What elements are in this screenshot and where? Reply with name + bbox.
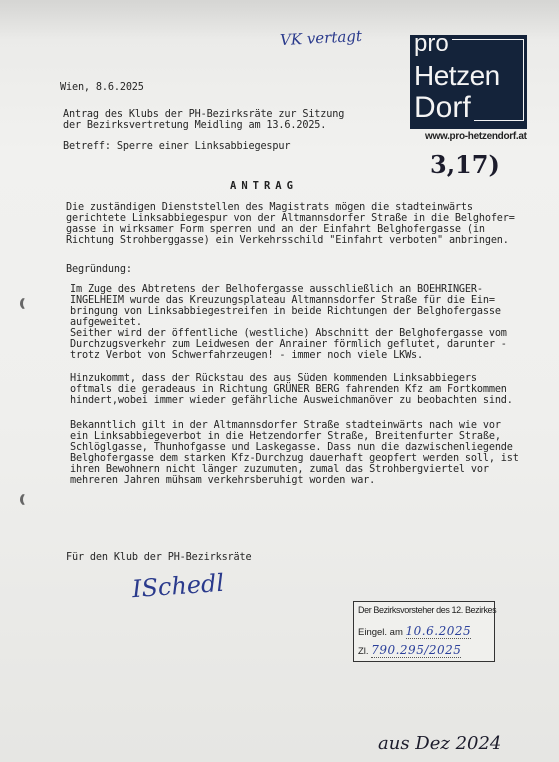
handwritten-item-number: 3,17) — [430, 150, 500, 179]
logo-line-hetzen: Hetzen — [414, 62, 500, 90]
handwritten-note-bottom: aus Dez 2024 — [378, 733, 501, 754]
pro-hetzendorf-logo: pro Hetzen Dorf — [410, 35, 527, 129]
paragraph-line: hindert,wobei immer wieder gefährliche A… — [70, 395, 513, 406]
handwritten-note-top: VK vertagt — [280, 27, 363, 49]
stamp-heading: Der Bezirksvorsteher des 12. Bezirkes — [358, 605, 490, 615]
intro-line: Antrag des Klubs der PH-Bezirksräte zur … — [63, 109, 344, 120]
paragraph-line: aufgeweitet. — [70, 317, 142, 328]
paragraph-line: Seither wird der öffentliche (westliche)… — [70, 328, 507, 339]
paragraph-line: ihren Bewohnern nicht länger zuzumuten, … — [70, 464, 489, 475]
subject-line: Betreff: Sperre einer Linksabbiegespur — [63, 141, 290, 152]
closing-line: Für den Klub der PH-Bezirksräte — [66, 552, 252, 563]
paragraph-line: INGELHEIM wurde das Kreuzungsplateau Alt… — [70, 295, 495, 306]
motion-line: gasse in wirksamer Form sperren und an d… — [66, 224, 485, 235]
paragraph-line: Belghofergasse dem starken Kfz-Durchzug … — [70, 453, 519, 464]
stamp-received-label: Eingel. am — [358, 627, 403, 638]
document-title: ANTRAG — [230, 180, 298, 192]
motion-line: Richtung Strohberggasse) ein Verkehrssch… — [66, 235, 509, 246]
paragraph-line: Hinzukommt, dass der Rückstau des aus Sü… — [70, 373, 477, 384]
scanned-letter-page: VK vertagt pro Hetzen Dorf www.pro-hetze… — [0, 0, 559, 762]
stamp-received-value: 10.6.2025 — [406, 624, 472, 639]
place-date: Wien, 8.6.2025 — [60, 82, 144, 93]
reasoning-heading: Begründung: — [66, 264, 132, 275]
signature: ISchedl — [131, 569, 225, 603]
logo-url: www.pro-hetzendorf.at — [425, 131, 527, 142]
stamp-received-row: Eingel. am 10.6.2025 — [358, 624, 490, 639]
paragraph-line: Durchzugsverkehr zum Leidwesen der Anrai… — [70, 339, 507, 350]
paragraph-line: ein Linksabbiegeverbot in die Hetzendorf… — [70, 431, 501, 442]
paragraph-line: bringung von Linksabbiegestreifen in bei… — [70, 306, 501, 317]
paragraph-line: oftmals die geradeaus in Richtung GRÜNER… — [70, 384, 507, 395]
stamp-ref-row: Zl. 790.295/2025 — [358, 643, 490, 658]
paragraph-line: Schlöglgasse, Thunhofgasse und Laskegass… — [70, 442, 513, 453]
received-stamp: Der Bezirksvorsteher des 12. Bezirkes Ei… — [353, 601, 495, 662]
punch-hole-icon — [20, 493, 33, 506]
punch-hole-icon — [20, 297, 33, 310]
stamp-ref-value: 790.295/2025 — [371, 643, 461, 658]
stamp-ref-label: Zl. — [358, 646, 369, 657]
paragraph-line: Bekanntlich gilt in der Altmannsdorfer S… — [70, 420, 501, 431]
logo-line-dorf: Dorf — [414, 93, 474, 123]
motion-line: Die zuständigen Dienststellen des Magist… — [66, 202, 473, 213]
paragraph-line: Im Zuge des Abtretens der Belhofergasse … — [70, 284, 483, 295]
intro-line: der Bezirksvertretung Meidling am 13.6.2… — [63, 120, 326, 131]
logo-line-pro: pro — [414, 35, 452, 56]
paragraph-line: mehreren Jahren mühsam verkehrsberuhigt … — [70, 475, 375, 486]
motion-line: gerichtete Linksabbiegespur von der Altm… — [66, 213, 515, 224]
paragraph-line: trotz Verbot von Schwerfahrzeugen! - imm… — [70, 350, 423, 361]
